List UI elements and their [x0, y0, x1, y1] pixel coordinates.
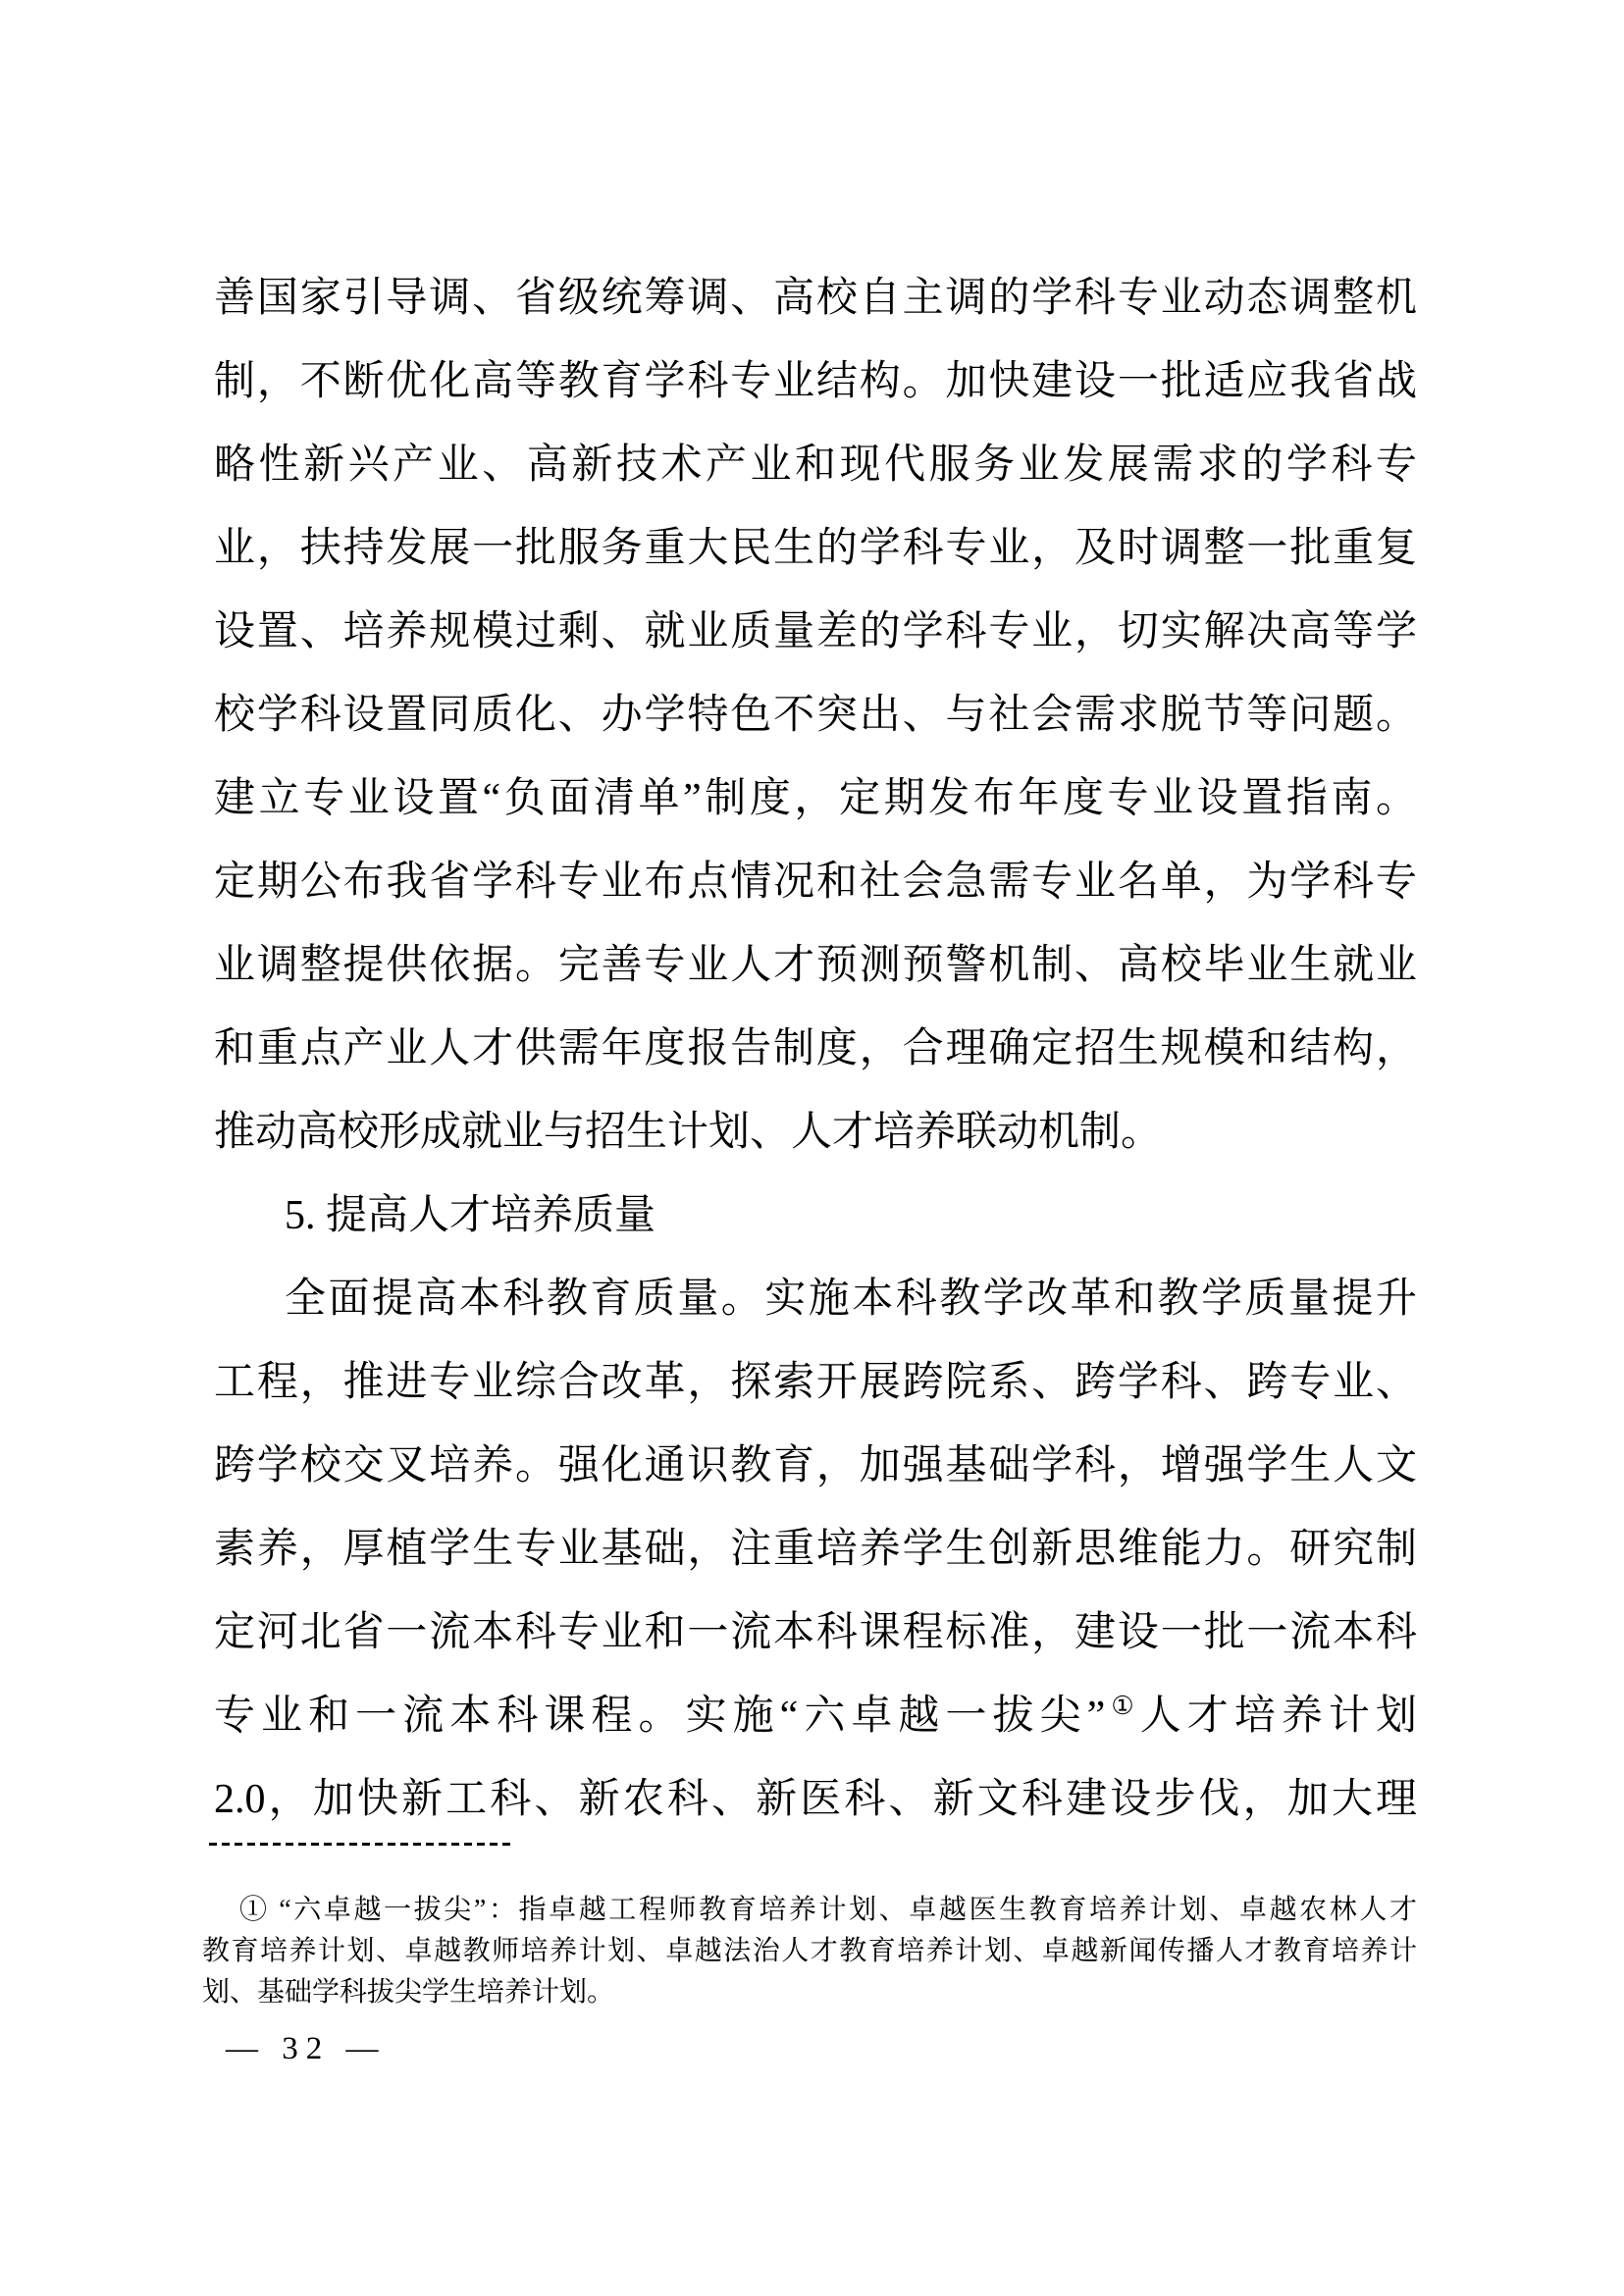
body-text-line: 2.0，加快新工科、新农科、新医科、新文科建设步伐，加大理 — [214, 1758, 1417, 1842]
section-heading: 5. 提高人才培养质量 — [214, 1174, 1417, 1258]
body-text-line: 专业和一流本科课程。实施“六卓越一拔尖”①人才培养计划 — [214, 1675, 1417, 1758]
body-text-line: 设置、培养规模过剩、就业质量差的学科专业，切实解决高等学 — [214, 591, 1417, 674]
body-text-line: 善国家引导调、省级统筹调、高校自主调的学科专业动态调整机 — [214, 257, 1417, 340]
line-text-post: 人才培养计划 — [1140, 1694, 1417, 1739]
footnote-line: ① “六卓越一拔尖”：指卓越工程师教育培养计划、卓越医生教育培养计划、卓越农林人… — [202, 1890, 1417, 1931]
body-text-line: 业调整提供依据。完善专业人才预测预警机制、高校毕业生就业 — [214, 924, 1417, 1008]
body-text-line: 建立专业设置“负面清单”制度，定期发布年度专业设置指南。 — [214, 757, 1417, 841]
body-text-line: 和重点产业人才供需年度报告制度，合理确定招生规模和结构， — [214, 1008, 1417, 1091]
footnote-block: ① “六卓越一拔尖”：指卓越工程师教育培养计划、卓越医生教育培养计划、卓越农林人… — [202, 1890, 1417, 2013]
body-text-line: 制，不断优化高等教育学科专业结构。加快建设一批适应我省战 — [214, 340, 1417, 424]
line-text-pre: 专业和一流本科课程。实施“六卓越一拔尖” — [214, 1694, 1105, 1739]
footnote-separator — [209, 1843, 515, 1846]
footnote-line: 教育培养计划、卓越教师培养计划、卓越法治人才教育培养计划、卓越新闻传播人才教育培… — [202, 1931, 1417, 1972]
footnote-line: 划、基础学科拔尖学生培养计划。 — [202, 1972, 1417, 2013]
body-text-line: 跨学校交叉培养。强化通识教育，加强基础学科，增强学生人文 — [214, 1425, 1417, 1508]
document-page: 善国家引导调、省级统筹调、高校自主调的学科专业动态调整机 制，不断优化高等教育学… — [0, 0, 1624, 2296]
body-text-line: 素养，厚植学生专业基础，注重培养学生创新思维能力。研究制 — [214, 1508, 1417, 1592]
body-text-line: 略性新兴产业、高新技术产业和现代服务业发展需求的学科专 — [214, 424, 1417, 507]
page-number: — 32 — — [226, 2029, 387, 2068]
body-text-line: 全面提高本科教育质量。实施本科教学改革和教学质量提升 — [214, 1258, 1417, 1341]
body-text-block: 善国家引导调、省级统筹调、高校自主调的学科专业动态调整机 制，不断优化高等教育学… — [214, 257, 1417, 1842]
body-text-line: 校学科设置同质化、办学特色不突出、与社会需求脱节等问题。 — [214, 674, 1417, 757]
body-text-line: 定期公布我省学科专业布点情况和社会急需专业名单，为学科专 — [214, 841, 1417, 924]
body-text-line: 工程，推进专业综合改革，探索开展跨院系、跨学科、跨专业、 — [214, 1341, 1417, 1425]
body-text-line: 推动高校形成就业与招生计划、人才培养联动机制。 — [214, 1091, 1417, 1174]
footnote-ref-marker: ① — [1105, 1692, 1139, 1720]
body-text-line: 定河北省一流本科专业和一流本科课程标准，建设一批一流本科 — [214, 1592, 1417, 1675]
body-text-line: 业，扶持发展一批服务重大民生的学科专业，及时调整一批重复 — [214, 507, 1417, 591]
